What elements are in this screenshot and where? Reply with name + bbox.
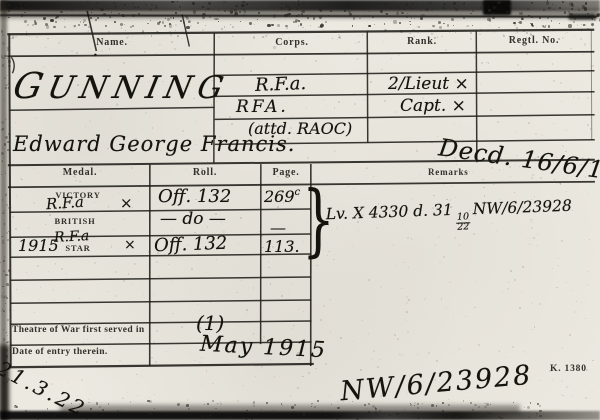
side-note-fraction: 1022 [456,213,471,231]
medal-row-star-overlay: R.F.a [54,228,90,246]
rank-entry-1: 2/Lieut × [388,74,469,94]
scan-top-blob [483,0,511,15]
form-number: K. 1380 [550,364,587,374]
scan-top-band [0,0,600,11]
scan-bottom-band-soft [60,405,520,413]
surname-value: GUNNING [10,66,234,107]
remarks-value: Decd. 16/6/19 [437,133,600,186]
medal-row-victory-overlay: R.F.a [45,193,84,214]
medal-row-victory-roll: Off. 132 [158,186,231,207]
corps-column-header: Corps. [252,37,332,48]
date-of-entry-label: Date of entry therein. [12,347,108,357]
medal-header: Medal. [40,167,120,178]
corps-entry-3: (attd. RAOC) [248,119,352,138]
medal-row-british-page: — [270,218,286,237]
corps-entry-2: RFA. [236,97,289,117]
side-note-prefix: Lv. X 4330 d. 31 [326,201,453,223]
scan-bottom-band [0,411,600,420]
remarks-header: Remarks [428,167,469,177]
side-note: Lv. X 4330 d. 311022NW/6/23928 [326,197,573,237]
reference-number: NW/6/23928 [339,360,534,408]
date-of-entry-value: May 1915 [199,332,327,364]
side-note-suffix: NW/6/23928 [472,197,572,218]
medal-row-british-label: BRITISH [40,216,110,226]
stamp-date: 21.3.22 [0,356,91,420]
name-column-header: Name. [62,37,162,48]
medal-row-star-roll: Off. 132 [154,233,228,257]
medal-row-british-roll: — do — [160,209,226,229]
scan-top-edge-line [0,14,597,18]
medal-row-star-page: 113. [264,237,300,256]
medal-row-star-mark: × [124,237,136,253]
medal-row-victory-page: 269c [264,187,300,206]
medal-row-victory-mark: × [120,194,133,212]
scan-top-band-soft [0,9,600,18]
roll-header: Roll. [170,167,240,178]
theatre-of-war-label: Theatre of War first served in [12,325,145,335]
rank-entry-2: Capt. × [400,96,466,116]
scan-top-hook [568,14,596,20]
rank-column-header: Rank. [382,36,462,47]
regtl-no-column-header: Regtl. No. [494,35,574,46]
medal-index-card-scan: Name. Corps. Rank. Regtl. No. GUNNING Ed… [0,0,600,420]
corps-entry-1: R.F.a. [255,73,307,96]
